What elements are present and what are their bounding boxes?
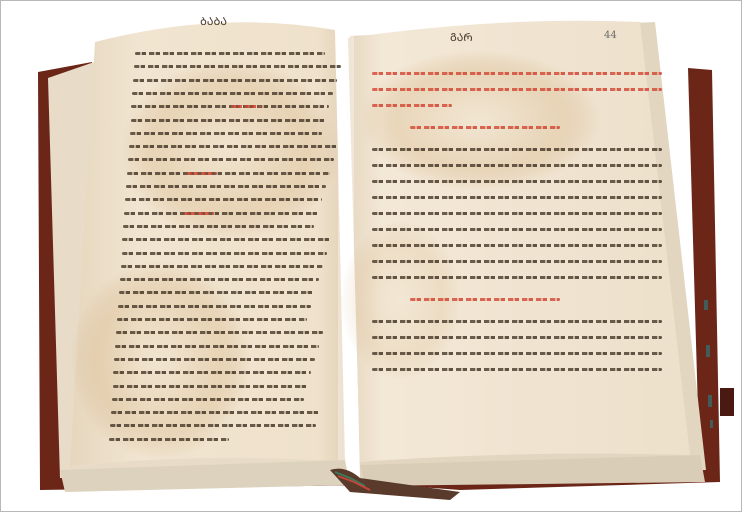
image-border (0, 0, 742, 512)
script-line (372, 148, 662, 151)
script-line (372, 72, 662, 75)
script-line (116, 331, 323, 334)
script-line (372, 260, 662, 263)
script-line (372, 244, 662, 247)
script-line (122, 238, 330, 241)
script-line (135, 52, 325, 55)
script-line (123, 225, 314, 228)
script-line (372, 180, 662, 183)
script-line (131, 105, 329, 108)
script-line (372, 276, 662, 279)
script-line (125, 198, 322, 201)
script-line (113, 371, 311, 374)
script-line (372, 104, 452, 107)
script-line (121, 265, 323, 268)
script-line (112, 398, 304, 401)
script-line (115, 345, 319, 348)
script-line (126, 185, 326, 188)
script-line (109, 438, 229, 441)
script-line (372, 228, 662, 231)
script-line (187, 172, 217, 175)
script-line (372, 164, 662, 167)
script-line (372, 352, 662, 355)
script-line (127, 172, 330, 175)
script-line (372, 368, 662, 371)
script-line (120, 278, 319, 281)
script-line (122, 252, 327, 255)
script-line (111, 411, 320, 414)
script-line (119, 291, 315, 294)
script-line (117, 318, 307, 321)
script-line (128, 158, 334, 161)
script-line (372, 336, 662, 339)
script-line (113, 385, 308, 388)
script-line (110, 424, 316, 427)
script-line (129, 145, 338, 148)
script-line (114, 358, 315, 361)
script-line (118, 305, 311, 308)
script-line (133, 79, 337, 82)
script-line (372, 88, 662, 91)
script-line (372, 212, 662, 215)
script-line (131, 119, 326, 122)
script-line (372, 196, 662, 199)
script-line (184, 212, 214, 215)
script-line (231, 105, 261, 108)
script-line (124, 212, 318, 215)
script-line (410, 298, 560, 301)
script-line (132, 92, 333, 95)
script-line (130, 132, 322, 135)
script-line (410, 126, 560, 129)
script-line (134, 65, 341, 68)
script-line (372, 320, 662, 323)
